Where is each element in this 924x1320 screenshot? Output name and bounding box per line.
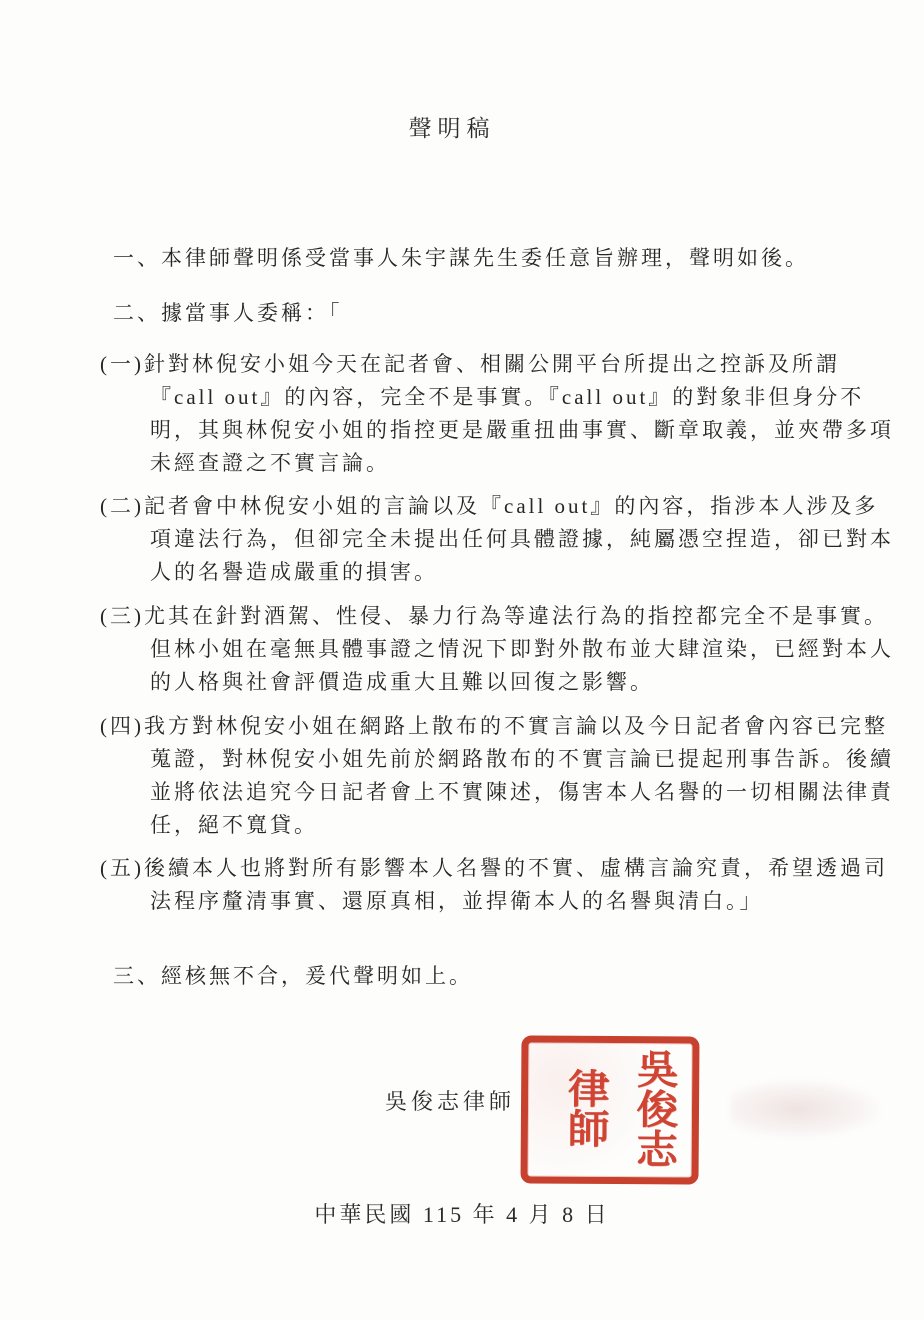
paragraph-2-label: 二、: [113, 301, 161, 325]
paragraph-1: 一、本律師聲明係受當事人朱宇謀先生委任意旨辦理，聲明如後。: [113, 242, 909, 275]
statement-item-2: (二)記者會中林倪安小姐的言論以及『call out』的內容，指涉本人涉及多項違…: [100, 490, 898, 589]
statement-item-1-label: (一): [100, 352, 144, 376]
lawyer-seal-text: 吳俊志律師: [532, 1047, 689, 1168]
closing-paragraph-text: 經核無不合，爰代聲明如上。: [161, 964, 473, 988]
statement-item-2-label: (二): [100, 494, 144, 518]
statement-item-4-text: 我方對林倪安小姐在網路上散布的不實言論以及今日記者會內容已完整蒐證，對林倪安小姐…: [144, 714, 894, 837]
closing-paragraph-label: 三、: [113, 964, 161, 988]
paragraph-1-label: 一、: [113, 246, 161, 270]
lawyer-signature: 吳俊志律師: [385, 1085, 515, 1116]
statement-item-3: (三)尤其在針對酒駕、性侵、暴力行為等違法行為的指控都完全不是事實。但林小姐在毫…: [100, 600, 898, 699]
statement-item-3-label: (三): [100, 604, 144, 628]
statement-item-2-text: 記者會中林倪安小姐的言論以及『call out』的內容，指涉本人涉及多項違法行為…: [144, 494, 894, 584]
statement-item-1: (一)針對林倪安小姐今天在記者會、相關公開平台所提出之控訴及所謂『call ou…: [100, 348, 898, 480]
closing-paragraph: 三、經核無不合，爰代聲明如上。: [113, 960, 909, 993]
statement-item-5: (五)後續本人也將對所有影響本人名譽的不實、虛構言論究責，希望透過司法程序釐清事…: [100, 852, 898, 918]
document-date: 中華民國 115 年 4 月 8 日: [0, 1198, 924, 1229]
statement-item-4-label: (四): [100, 714, 144, 738]
statement-item-1-text: 針對林倪安小姐今天在記者會、相關公開平台所提出之控訴及所謂『call out』的…: [144, 352, 894, 475]
paragraph-2: 二、據當事人委稱：「: [113, 297, 909, 330]
paragraph-1-text: 本律師聲明係受當事人朱宇謀先生委任意旨辦理，聲明如後。: [161, 246, 809, 270]
statement-item-5-label: (五): [100, 856, 144, 880]
document-title: 聲明稿: [0, 112, 904, 145]
statement-item-5-text: 後續本人也將對所有影響本人名譽的不實、虛構言論究責，希望透過司法程序釐清事實、還…: [144, 856, 888, 913]
faded-seal-smudge: [730, 1080, 880, 1138]
lawyer-seal-stamp: 吳俊志律師: [520, 1035, 699, 1184]
statement-item-3-text: 尤其在針對酒駕、性侵、暴力行為等違法行為的指控都完全不是事實。但林小姐在毫無具體…: [144, 604, 894, 694]
statement-item-4: (四)我方對林倪安小姐在網路上散布的不實言論以及今日記者會內容已完整蒐證，對林倪…: [100, 710, 898, 842]
paragraph-2-text: 據當事人委稱：「: [161, 301, 343, 325]
scanned-statement-document: 聲明稿 一、本律師聲明係受當事人朱宇謀先生委任意旨辦理，聲明如後。 二、據當事人…: [0, 0, 924, 1320]
